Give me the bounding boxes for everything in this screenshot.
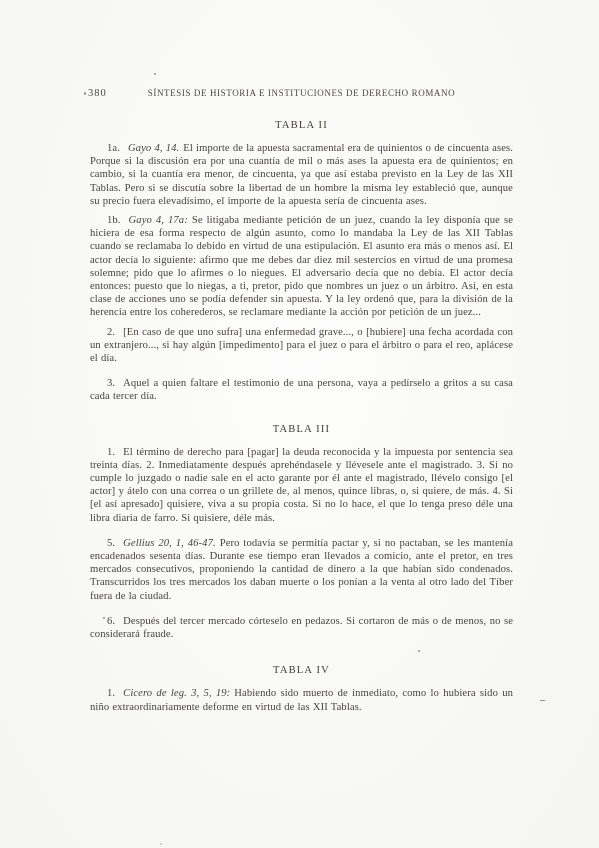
paragraph-text: Aquel a quien faltare el testimonio de u… xyxy=(90,378,513,402)
source-citation: Gayo 4, 14. xyxy=(128,143,179,154)
source-citation: Gellius 20, 1, 46-47. xyxy=(123,538,216,549)
paragraph-text: [En caso de que uno sufra] una enfermeda… xyxy=(90,327,513,364)
paragraph-3-5: 5.Gellius 20, 1, 46-47.Pero todavía se p… xyxy=(90,537,513,603)
paragraph-3-1: 1.El término de derecho para [pagar] la … xyxy=(90,446,513,525)
paragraph-4-1: 1.Cicero de leg. 3, 5, 19:Habiendo sido … xyxy=(90,687,513,713)
paragraph-2-2: 2.[En caso de que uno sufra] una enferme… xyxy=(90,326,513,366)
scan-speck xyxy=(540,700,545,701)
paragraph-2-3: 3.Aquel a quien faltare el testimonio de… xyxy=(90,377,513,403)
paragraph-number: 6. xyxy=(107,616,115,627)
scan-speck xyxy=(154,73,156,75)
scan-speck xyxy=(418,650,420,652)
source-citation: Cicero de leg. 3, 5, 19: xyxy=(123,688,230,699)
paragraph-number: 1. xyxy=(107,447,115,458)
page-content: 380 SÍNTESIS DE HISTORIA E INSTITUCIONES… xyxy=(90,88,513,714)
paragraph-number: 1b. xyxy=(107,215,121,226)
page-header: 380 SÍNTESIS DE HISTORIA E INSTITUCIONES… xyxy=(90,88,513,102)
paragraph-number: 1a. xyxy=(107,143,120,154)
section-tabla-3: TABLA III 1.El término de derecho para [… xyxy=(90,424,513,642)
section-tabla-4: TABLA IV 1.Cicero de leg. 3, 5, 19:Habie… xyxy=(90,665,513,713)
section-heading-tabla-4: TABLA IV xyxy=(90,665,513,676)
source-citation: Gayo 4, 17a: xyxy=(129,215,188,226)
running-title: SÍNTESIS DE HISTORIA E INSTITUCIONES DE … xyxy=(90,88,513,98)
section-heading-tabla-3: TABLA III xyxy=(90,424,513,435)
paragraph-3-6: 6.Después del tercer mercado córteselo e… xyxy=(90,615,513,641)
paragraph-number: 2. xyxy=(107,327,115,338)
paragraph-number: 5. xyxy=(107,538,115,549)
page-number: 380 xyxy=(88,88,107,99)
scan-speck xyxy=(84,92,86,95)
paragraph-2-1b: 1b.Gayo 4, 17a:Se litigaba mediante peti… xyxy=(90,214,513,320)
paragraph-text: El término de derecho para [pagar] la de… xyxy=(90,447,513,524)
section-heading-tabla-2: TABLA II xyxy=(90,120,513,131)
book-page: 380 SÍNTESIS DE HISTORIA E INSTITUCIONES… xyxy=(0,0,599,848)
scan-speck xyxy=(160,843,162,845)
paragraph-2-1a: 1a.Gayo 4, 14.El importe de la apuesta s… xyxy=(90,142,513,208)
section-tabla-2: TABLA II 1a.Gayo 4, 14.El importe de la … xyxy=(90,120,513,404)
paragraph-text: Se litigaba mediante petición de un juez… xyxy=(90,215,513,318)
scan-speck xyxy=(103,617,105,619)
paragraph-number: 3. xyxy=(107,378,115,389)
paragraph-text: Después del tercer mercado córteselo en … xyxy=(90,616,513,640)
paragraph-number: 1. xyxy=(107,688,115,699)
